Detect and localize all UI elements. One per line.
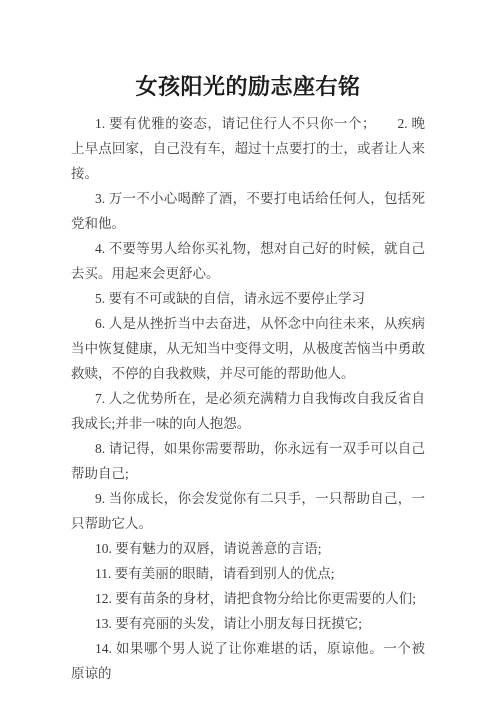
paragraph-2: 3. 万一不小心喝醉了酒，不要打电话给任何人，包括死党和他。 [71,186,425,236]
paragraph-10: 11. 要有美丽的眼睛，请看到别人的优点; [71,561,425,586]
paragraph-13: 14. 如果哪个男人说了让你难堪的话，原谅他。一个被原谅的 [71,636,425,686]
paragraph-12: 13. 要有亮丽的头发，请让小朋友每日抚摸它; [71,611,425,636]
paragraph-5: 6. 人是从挫折当中去奋进，从怀念中向往未来，从疾病当中恢复健康，从无知当中变得… [71,311,425,386]
paragraph-9: 10. 要有魅力的双唇，请说善意的言语; [71,536,425,561]
paragraph-6: 7. 人之优势所在，是必须充满精力自我悔改自我反省自我成长;并非一味的向人抱怨。 [71,386,425,436]
paragraph-7: 8. 请记得，如果你需要帮助，你永远有一双手可以自己帮助自己; [71,436,425,486]
document-page: 女孩阳光的励志座右铭 1. 要有优雅的姿态，请记住行人不只你一个； 2. 晚上早… [0,0,496,702]
paragraph-8: 9. 当你成长，你会发觉你有二只手，一只帮助自己，一只帮助它人。 [71,486,425,536]
paragraph-3: 4. 不要等男人给你买礼物，想对自己好的时候，就自己去买。用起来会更舒心。 [71,236,425,286]
paragraph-4: 5. 要有不可或缺的自信，请永远不要停止学习 [71,286,425,311]
document-title: 女孩阳光的励志座右铭 [71,72,425,102]
paragraph-11: 12. 要有苗条的身材，请把食物分给比你更需要的人们; [71,586,425,611]
paragraph-1: 1. 要有优雅的姿态，请记住行人不只你一个； 2. 晚上早点回家，自己没有车，超… [71,111,425,186]
document-body: 1. 要有优雅的姿态，请记住行人不只你一个； 2. 晚上早点回家，自己没有车，超… [71,111,425,686]
